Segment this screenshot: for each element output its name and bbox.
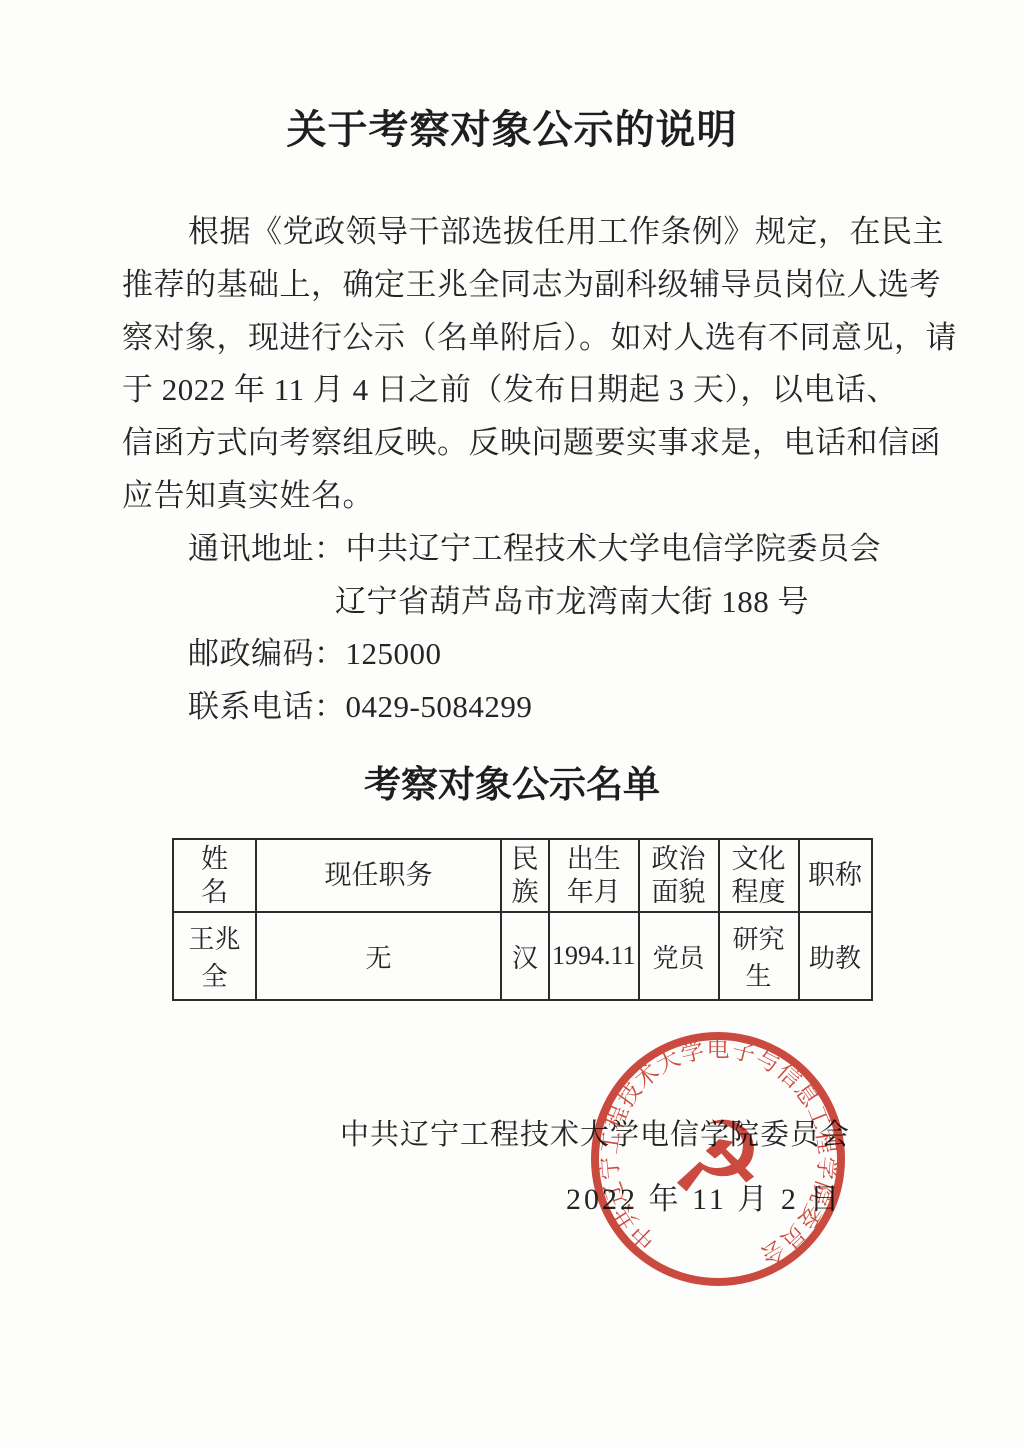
candidate-table: 姓 名 现任职务 民族 出生 年月 政治 面貌 文化 程度 职称 王兆全 无 汉… [172,838,873,1001]
cell-ethnicity: 汉 [501,912,549,1000]
header-education: 文化 程度 [719,839,799,912]
body-text: 根据《党政领导干部选拔任用工作条例》规定，在民主 推荐的基础上，确定王兆全同志为… [122,206,912,734]
document-title: 关于考察对象公示的说明 [0,98,1024,155]
body-line: 推荐的基础上，确定王兆全同志为副科级辅导员岗位人选考 [122,259,912,312]
contact-address-line: 通讯地址：中共辽宁工程技术大学电信学院委员会 [122,523,912,576]
contact-phone-line: 联系电话：0429-5084299 [122,681,912,734]
cell-title: 助教 [799,912,872,1000]
header-birthdate: 出生 年月 [549,839,639,912]
roster-title: 考察对象公示名单 [0,754,1024,808]
official-seal: 中共辽宁工程技术大学电子与信息工程学院委员会 ☭ [566,1007,869,1310]
header-ethnicity: 民族 [501,839,549,912]
contact-postcode-line: 邮政编码：125000 [122,628,912,681]
cell-birthdate: 1994.11 [549,912,639,1000]
body-line: 察对象，现进行公示（名单附后）。如对人选有不同意见，请 [122,312,912,365]
cell-education: 研究生 [719,912,799,1000]
body-line: 应告知真实姓名。 [122,470,912,523]
table-header-row: 姓 名 现任职务 民族 出生 年月 政治 面貌 文化 程度 职称 [173,839,872,912]
document-page: 关于考察对象公示的说明 根据《党政领导干部选拔任用工作条例》规定，在民主 推荐的… [0,0,1024,1448]
body-line: 信函方式向考察组反映。反映问题要实事求是，电话和信函 [122,417,912,470]
header-position: 现任职务 [256,839,501,912]
cell-name: 王兆全 [173,912,256,1000]
header-title: 职称 [799,839,872,912]
hammer-sickle-icon: ☭ [664,1093,771,1225]
cell-position: 无 [256,912,501,1000]
table-row: 王兆全 无 汉 1994.11 党员 研究生 助教 [173,912,872,1000]
body-line: 于 2022 年 11 月 4 日之前（发布日期起 3 天），以电话、 [122,364,912,417]
body-line: 根据《党政领导干部选拔任用工作条例》规定，在民主 [122,206,912,259]
contact-address-line2: 辽宁省葫芦岛市龙湾南大街 188 号 [122,576,912,629]
cell-political: 党员 [639,912,719,1000]
header-political: 政治 面貌 [639,839,719,912]
header-name: 姓 名 [173,839,256,912]
